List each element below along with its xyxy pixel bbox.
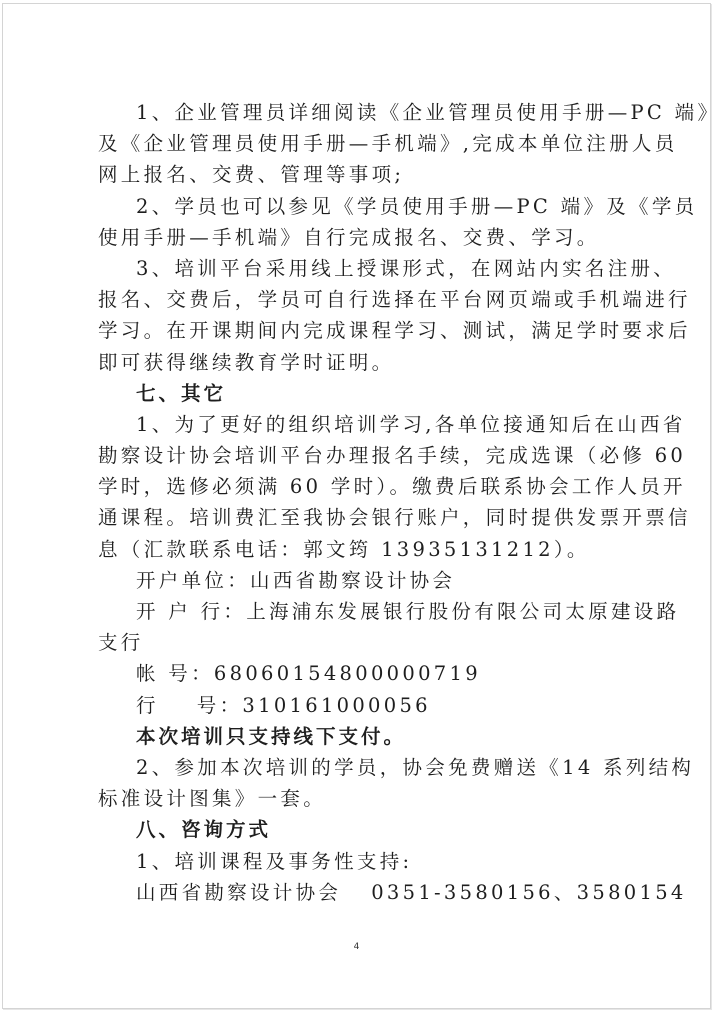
- document-body: 1、企业管理员详细阅读《企业管理员使用手册—PC 端》 及《企业管理员使用手册—…: [98, 97, 628, 908]
- bank-code-label: 行 号：: [136, 694, 242, 717]
- account-holder-label: 开户单位：: [136, 569, 250, 592]
- bank-name-row: 开 户 行：上海浦东发展银行股份有限公司太原建设路: [98, 596, 628, 627]
- paragraph-line: 2、学员也可以参见《学员使用手册—PC 端》及《学员: [98, 191, 628, 222]
- paragraph-line: 学习。在开课期间内完成课程学习、测试，满足学时要求后: [98, 315, 628, 346]
- account-holder-row: 开户单位：山西省勘察设计协会: [98, 565, 628, 596]
- document-page: 1、企业管理员详细阅读《企业管理员使用手册—PC 端》 及《企业管理员使用手册—…: [2, 3, 711, 1009]
- page-number: 4: [3, 942, 710, 952]
- consultation-item: 1、培训课程及事务性支持:: [98, 846, 628, 877]
- paragraph-line: 及《企业管理员使用手册—手机端》,完成本单位注册人员: [98, 128, 628, 159]
- bank-name-continuation: 支行: [98, 627, 628, 658]
- account-number-row: 帐 号：68060154800000719: [98, 658, 628, 689]
- paragraph-line: 3、培训平台采用线上授课形式，在网站内实名注册、: [98, 253, 628, 284]
- bank-label: 开 户 行：: [136, 600, 246, 623]
- paragraph-line: 息（汇款联系电话：郭文筠 13935131212）。: [98, 534, 628, 565]
- offline-payment-notice: 本次培训只支持线下支付。: [98, 721, 628, 752]
- paragraph-line: 即可获得继续教育学时证明。: [98, 347, 628, 378]
- consultation-contact-row: 山西省勘察设计协会0351-3580156、3580154: [98, 877, 628, 908]
- account-holder-value: 山西省勘察设计协会: [250, 569, 455, 592]
- paragraph-line: 学时，选修必须满 60 学时）。缴费后联系协会工作人员开: [98, 471, 628, 502]
- section-heading-consultation: 八、咨询方式: [98, 814, 628, 845]
- paragraph-line: 标准设计图集》一套。: [98, 783, 628, 814]
- account-number-label: 帐 号：: [136, 662, 214, 685]
- paragraph-line: 使用手册—手机端》自行完成报名、交费、学习。: [98, 222, 628, 253]
- paragraph-line: 1、企业管理员详细阅读《企业管理员使用手册—PC 端》: [98, 97, 628, 128]
- section-heading-other: 七、其它: [98, 378, 628, 409]
- account-number-value: 68060154800000719: [214, 662, 481, 685]
- paragraph-line: 报名、交费后，学员可自行选择在平台网页端或手机端进行: [98, 284, 628, 315]
- bank-code-row: 行 号：310161000056: [98, 690, 628, 721]
- consultation-phones: 0351-3580156、3580154: [371, 881, 686, 904]
- paragraph-line: 网上报名、交费、管理等事项;: [98, 159, 628, 190]
- paragraph-line: 通课程。培训费汇至我协会银行账户，同时提供发票开票信: [98, 502, 628, 533]
- bank-code-value: 310161000056: [242, 694, 430, 717]
- bank-name-value: 上海浦东发展银行股份有限公司太原建设路: [246, 600, 679, 623]
- consultation-org: 山西省勘察设计协会: [136, 881, 341, 904]
- paragraph-line: 2、参加本次培训的学员，协会免费赠送《14 系列结构: [98, 752, 628, 783]
- paragraph-line: 勘察设计协会培训平台办理报名手续，完成选课（必修 60: [98, 440, 628, 471]
- paragraph-line: 1、为了更好的组织培训学习,各单位接通知后在山西省: [98, 409, 628, 440]
